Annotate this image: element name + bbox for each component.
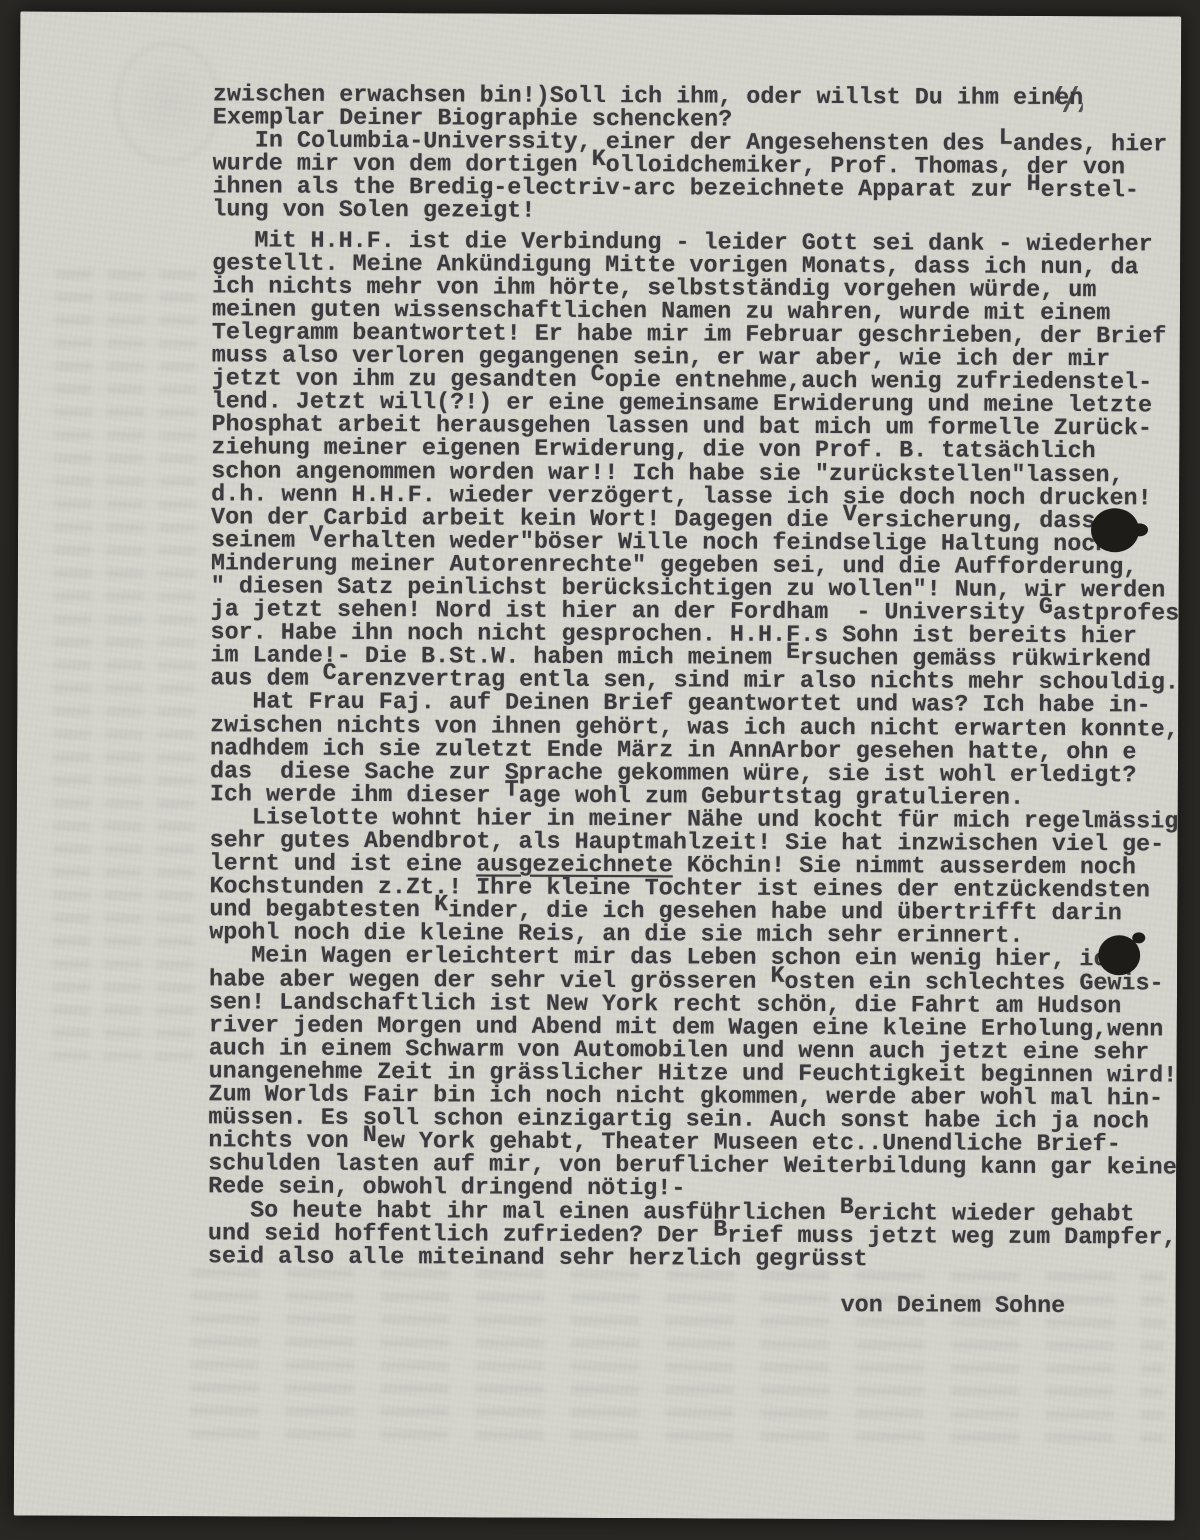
- signature-line: von Deinem Sohne: [841, 1295, 1066, 1319]
- letter-body: zwischen erwachsen bin!)Soll ich ihm, od…: [208, 84, 1181, 1273]
- letter-line: lung von Solen gezeigt!: [212, 200, 1181, 227]
- letter-page: zwischen erwachsen bin!)Soll ich ihm, od…: [14, 11, 1182, 1520]
- punch-hole-bottom: [1098, 935, 1140, 975]
- scan-background: zwischen erwachsen bin!)Soll ich ihm, od…: [0, 0, 1200, 1540]
- bleed-through-left-margin: [38, 270, 209, 1061]
- punch-hole-top: [1091, 508, 1139, 552]
- stamp-bleed-mark: [115, 42, 222, 163]
